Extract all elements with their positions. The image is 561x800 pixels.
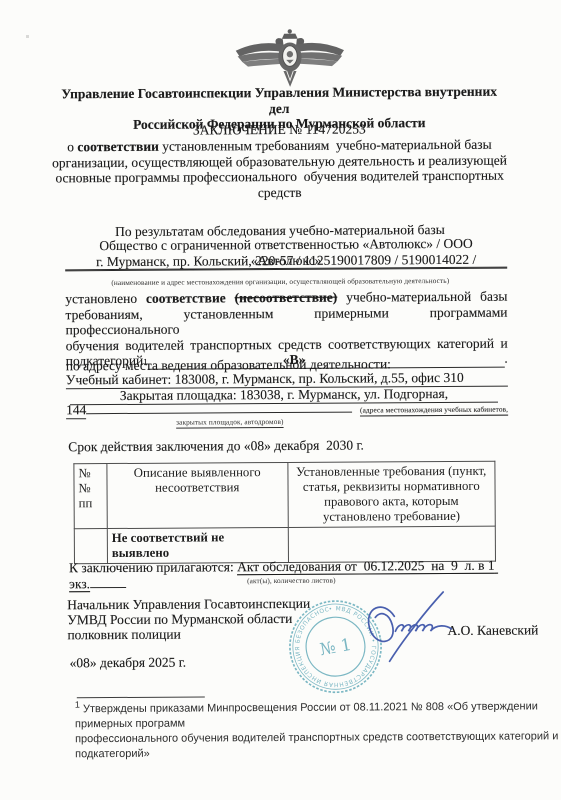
subtitle-prefix: о [67,139,77,154]
addresses-caption-line2: закрытых площадок, автодромов) [176,417,283,427]
scanned-document-page: Управление Госавтоинспекции Управления М… [0,0,561,800]
attachments-caption: (акт(ы), количество листов) [247,576,336,586]
attachments-line: К заключению прилагаются: Акт обследован… [69,558,514,592]
findings-header-row: №№ пп Описание выявленного несоответстви… [74,461,495,529]
footnote-text: Утверждены приказами Минпросвещения Росс… [75,700,561,760]
addresses-caption-line1: (адреса местонахождения учебных кабинето… [360,405,508,415]
footnote-block: 1 Утверждены приказами Минпросвещения Ро… [75,699,561,762]
mvd-eagle-emblem-icon [234,27,346,90]
col-requirements-header: Установленные требования (пункт, статья,… [287,461,495,527]
address-number: 144 [66,402,86,419]
attachments-blank-tail [90,586,126,587]
signing-date: «08» декабря 2025 г. [70,655,187,671]
findings-table: №№ пп Описание выявленного несоответстви… [73,461,496,565]
organization-caption: (наименование и адрес местонахождения ор… [59,276,501,288]
num-header-line2: пп [79,496,103,511]
word-соответствие: соответствие [146,290,226,305]
validity-line: Срок действия заключения до «08» декабря… [68,437,510,455]
word-несоответствие-struck: (несоответствие) [235,290,338,306]
col-num-header: №№ пп [74,464,107,529]
line1-tail: учебно-материальной базы [346,289,507,305]
document-subtitle: о соответствии установленным требованиям… [38,137,520,202]
col-description-header: Описание выявленного несоответствия [107,462,288,528]
footnote-separator [77,696,205,698]
attachments-label: К заключению прилагаются: [69,559,237,575]
conclusion-line2: требованиям, установленным примерными пр… [65,304,507,338]
num-header-line1: №№ [78,466,102,496]
subtitle-keyword: соответствии [77,139,159,154]
organization-address: г. Мурманск, пр. Кольский, 220-57 / 1125… [65,252,507,271]
agency-line1: Управление Госавтоинспекции Управления М… [58,84,500,118]
handwritten-signature [331,589,470,674]
cell-num [74,529,107,564]
closed-area-continuation: 144(адреса местонахождения учебных кабин… [66,400,508,419]
address-blank-line [86,412,352,415]
word-установлено: установлено [65,291,137,306]
